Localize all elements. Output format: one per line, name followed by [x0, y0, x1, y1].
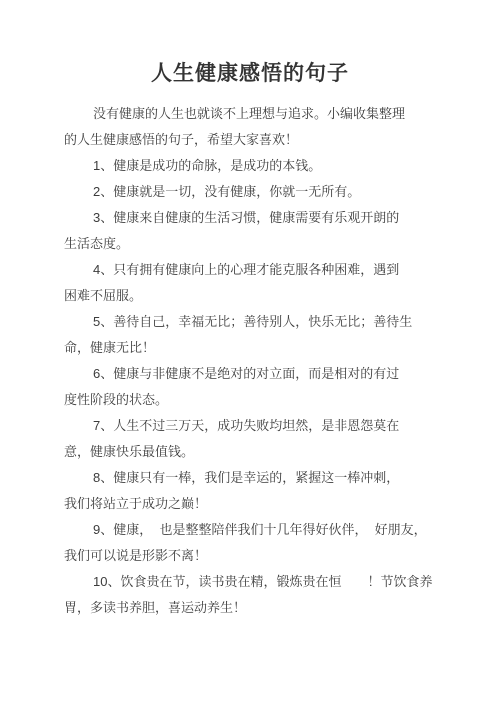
paragraph: 4、只有拥有健康向上的心理才能克服各种困难，遇到困难不屈服。: [64, 257, 442, 309]
paragraph: 7、人生不过三万天，成功失败均坦然，是非恩怨莫在意，健康快乐最值钱。: [64, 413, 442, 465]
text-line: 我们可以说是形影不离！: [64, 543, 442, 569]
paragraph: 3、健康来自健康的生活习惯，健康需要有乐观开朗的生活态度。: [64, 205, 442, 257]
text-line: 生活态度。: [64, 231, 442, 257]
text-line: 10、饮食贵在节，读书贵在精，锻炼贵在恒 ！节饮食养: [64, 569, 442, 595]
paragraph: 8、健康只有一棒，我们是幸运的，紧握这一棒冲刺，我们将站立于成功之巅！: [64, 465, 442, 517]
text-line: 4、只有拥有健康向上的心理才能克服各种困难，遇到: [64, 257, 442, 283]
page-container: 人生健康感悟的句子 没有健康的人生也就谈不上理想与追求。小编收集整理的人生健康感…: [0, 0, 500, 708]
text-line: 我们将站立于成功之巅！: [64, 491, 442, 517]
paragraph: 没有健康的人生也就谈不上理想与追求。小编收集整理的人生健康感悟的句子，希望大家喜…: [64, 101, 442, 153]
article-body: 没有健康的人生也就谈不上理想与追求。小编收集整理的人生健康感悟的句子，希望大家喜…: [0, 101, 500, 621]
text-line: 意，健康快乐最值钱。: [64, 439, 442, 465]
text-line: 8、健康只有一棒，我们是幸运的，紧握这一棒冲刺，: [64, 465, 442, 491]
text-line: 没有健康的人生也就谈不上理想与追求。小编收集整理: [64, 101, 442, 127]
paragraph: 10、饮食贵在节，读书贵在精，锻炼贵在恒 ！节饮食养胃，多读书养胆，喜运动养生！: [64, 569, 442, 621]
paragraph: 2、健康就是一切，没有健康，你就一无所有。: [64, 179, 442, 205]
text-line: 胃，多读书养胆，喜运动养生！: [64, 595, 442, 621]
text-line: 命，健康无比！: [64, 335, 442, 361]
paragraph: 9、健康， 也是整整陪伴我们十几年得好伙伴， 好朋友，我们可以说是形影不离！: [64, 517, 442, 569]
text-line: 困难不屈服。: [64, 283, 442, 309]
text-line: 1、健康是成功的命脉，是成功的本钱。: [64, 153, 442, 179]
text-line: 7、人生不过三万天，成功失败均坦然，是非恩怨莫在: [64, 413, 442, 439]
paragraph: 1、健康是成功的命脉，是成功的本钱。: [64, 153, 442, 179]
text-line: 6、健康与非健康不是绝对的对立面，而是相对的有过: [64, 361, 442, 387]
text-line: 5、善待自己，幸福无比；善待别人，快乐无比；善待生: [64, 309, 442, 335]
text-line: 9、健康， 也是整整陪伴我们十几年得好伙伴， 好朋友，: [64, 517, 442, 543]
paragraph: 6、健康与非健康不是绝对的对立面，而是相对的有过度性阶段的状态。: [64, 361, 442, 413]
page-title: 人生健康感悟的句子: [0, 60, 500, 88]
text-line: 度性阶段的状态。: [64, 387, 442, 413]
paragraph: 5、善待自己，幸福无比；善待别人，快乐无比；善待生命，健康无比！: [64, 309, 442, 361]
text-line: 3、健康来自健康的生活习惯，健康需要有乐观开朗的: [64, 205, 442, 231]
text-line: 的人生健康感悟的句子，希望大家喜欢！: [64, 127, 442, 153]
text-line: 2、健康就是一切，没有健康，你就一无所有。: [64, 179, 442, 205]
